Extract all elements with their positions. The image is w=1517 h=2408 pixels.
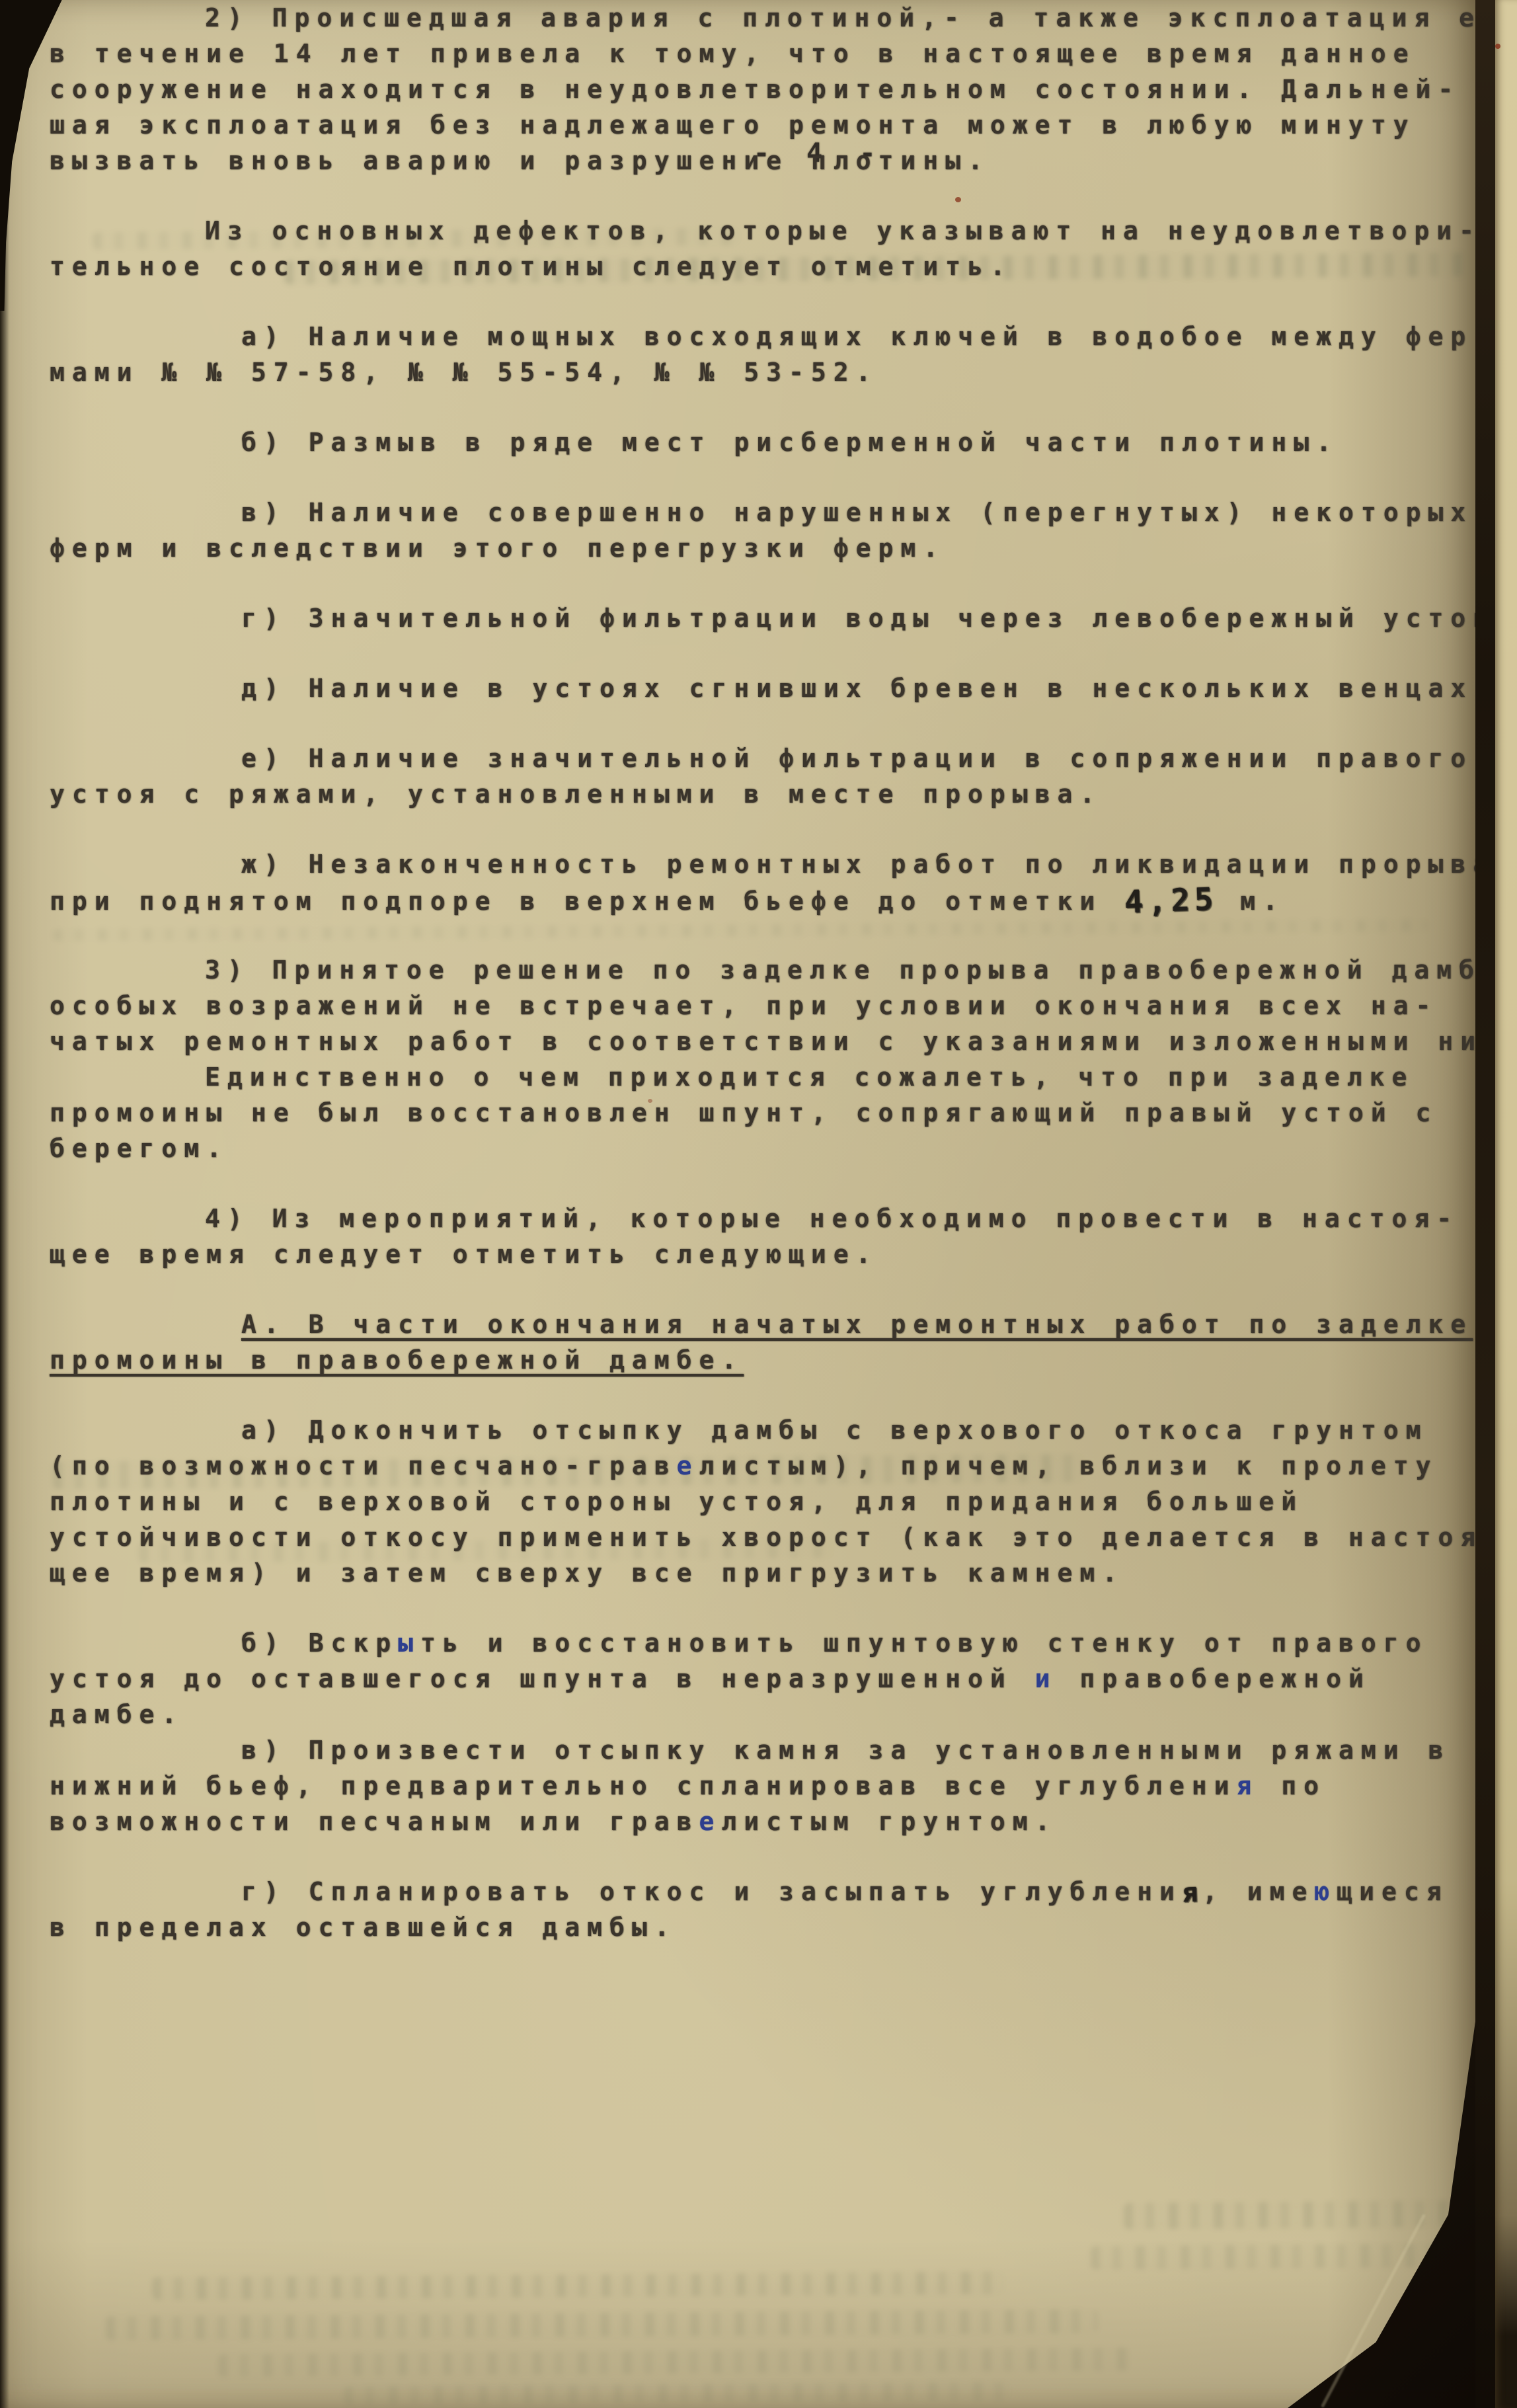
paper-speck xyxy=(955,197,961,202)
typewritten-segment: правобережной xyxy=(1058,1664,1371,1693)
typewritten-paragraph: д) Наличие в устоях сгнивших бревен в не… xyxy=(0,670,1475,706)
typewritten-segment: устоя с ряжами, установленными в месте п… xyxy=(50,780,1102,809)
text-line: Из основных дефектов, которые указывают … xyxy=(50,213,1475,249)
typewritten-segment: , име xyxy=(1202,1877,1314,1906)
typewritten-segment: нижний бьеф, предварительно спланировав … xyxy=(50,1771,1237,1800)
text-line: щее время следует отметить следующие. xyxy=(50,1236,1475,1272)
typewritten-segment: щее время) и затем сверху все пригрузить… xyxy=(50,1558,1124,1587)
text-line: а) Наличие мощных восходящих ключей в во… xyxy=(50,319,1475,354)
typewritten-segment: ть и восстановить шпунтовую стенку от пр… xyxy=(420,1628,1428,1658)
typewritten-segment: особых возражений не встречает, при усло… xyxy=(50,991,1438,1020)
text-line: д) Наличие в устоях сгнивших бревен в не… xyxy=(50,670,1475,706)
typewritten-segment: промоины не был восстановлен шпунт, сопр… xyxy=(50,1098,1438,1127)
typewritten-paragraph: 2) Происшедшая авария с плотиной,- а так… xyxy=(0,0,1475,179)
handwritten-correction: я xyxy=(1181,1874,1203,1911)
text-line: возможности песчаным или гравелистым гру… xyxy=(50,1804,1475,1839)
binding-gap xyxy=(1475,0,1495,2408)
typewritten-segment: а) Докончить отсыпку дамбы с верхового о… xyxy=(241,1416,1428,1445)
typewritten-segment: г) Значительной фильтрации воды через ле… xyxy=(241,604,1475,633)
typewritten-paragraph: Единственно о чем приходится сожалеть, ч… xyxy=(0,1059,1475,1166)
text-line: в) Наличие совершенно нарушенных (перегн… xyxy=(50,495,1475,530)
typewritten-segment: вызвать вновь аварию и разрушение плотин… xyxy=(50,146,990,175)
typewritten-segment: устойчивости откосу применить хворост (к… xyxy=(50,1523,1475,1552)
typewritten-segment: сооружение находится в неудовлетворитель… xyxy=(50,75,1460,104)
text-line: 4) Из мероприятий, которые необходимо пр… xyxy=(50,1201,1475,1236)
text-line: а) Докончить отсыпку дамбы с верхового о… xyxy=(50,1412,1475,1448)
typewritten-segment: при поднятом подпоре в верхнем бьефе до … xyxy=(50,887,1124,916)
handwritten-correction: я xyxy=(1237,1771,1259,1800)
typewritten-segment: щее время следует отметить следующие. xyxy=(50,1240,878,1269)
handwritten-correction: е xyxy=(677,1451,699,1480)
typewritten-segment: б) Размыв в ряде мест рисберменной части… xyxy=(241,428,1339,457)
text-line: промоины в правобережной дамбе. xyxy=(50,1342,1475,1378)
typewritten-paragraph: а) Наличие мощных восходящих ключей в во… xyxy=(0,319,1475,390)
typewritten-segment: по xyxy=(1259,1771,1326,1800)
text-line: в) Произвести отсыпку камня за установле… xyxy=(50,1732,1475,1768)
typewritten-paragraph: 3) Принятое решение по заделке прорыва п… xyxy=(0,952,1475,1059)
typewritten-segment: ж) Незаконченность ремонтных работ по ли… xyxy=(241,850,1475,879)
typewritten-segment: промоины в правобережной дамбе. xyxy=(50,1345,744,1375)
typewritten-paragraph: 4) Из мероприятий, которые необходимо пр… xyxy=(0,1201,1475,1272)
typewritten-paragraph: б) Размыв в ряде мест рисберменной части… xyxy=(0,424,1475,460)
typewritten-segment: Единственно о чем приходится сожалеть, ч… xyxy=(205,1063,1414,1092)
typewritten-segment: плотины и с верховой стороны устоя, для … xyxy=(50,1487,1303,1516)
paper-speck xyxy=(648,1099,652,1103)
typewritten-segment: берегом. xyxy=(50,1134,229,1163)
text-line: г) Значительной фильтрации воды через ле… xyxy=(50,600,1475,636)
text-line: щее время) и затем сверху все пригрузить… xyxy=(50,1555,1475,1591)
text-line: устоя до оставшегося шпунта в неразрушен… xyxy=(50,1661,1475,1697)
text-line: ж) Незаконченность ремонтных работ по ли… xyxy=(50,846,1475,882)
text-line: берегом. xyxy=(50,1131,1475,1166)
text-line: мами № № 57-58, № № 55-54, № № 53-52. xyxy=(50,354,1475,390)
typewritten-segment: 2) Происшедшая авария с плотиной,- а так… xyxy=(205,3,1475,32)
typewritten-paragraph: г) Значительной фильтрации воды через ле… xyxy=(0,600,1475,636)
text-line: б) Размыв в ряде мест рисберменной части… xyxy=(50,424,1475,460)
text-line: (по возможности песчано-гравелистым), пр… xyxy=(50,1448,1475,1484)
typewritten-segment: мами № № 57-58, № № 55-54, № № 53-52. xyxy=(50,358,878,387)
typewritten-segment: чатых ремонтных работ в соответствии с у… xyxy=(50,1027,1475,1056)
typewritten-segment: в) Наличие совершенно нарушенных (перегн… xyxy=(241,498,1473,527)
typewritten-paragraph: Из основных дефектов, которые указывают … xyxy=(0,213,1475,284)
typewritten-paragraph: г) Спланировать откос и засыпать углубле… xyxy=(0,1874,1475,1945)
text-line: устоя с ряжами, установленными в месте п… xyxy=(50,776,1475,812)
typewritten-paragraph: е) Наличие значительной фильтрации в соп… xyxy=(0,741,1475,812)
typewritten-segment: тельное состояние плотины следует отмети… xyxy=(50,252,1013,281)
typewritten-segment: м. xyxy=(1218,887,1285,916)
text-line: устойчивости откосу применить хворост (к… xyxy=(50,1519,1475,1555)
text-line: г) Спланировать откос и засыпать углубле… xyxy=(50,1874,1475,1909)
typewritten-segment: д) Наличие в устоях сгнивших бревен в не… xyxy=(241,674,1475,703)
typewritten-segment: ферм и вследствии этого перегрузки ферм. xyxy=(50,534,945,563)
text-line: чатых ремонтных работ в соответствии с у… xyxy=(50,1023,1475,1059)
typewritten-paragraph: ж) Незаконченность ремонтных работ по ли… xyxy=(0,846,1475,918)
text-line: вызвать вновь аварию и разрушение плотин… xyxy=(50,143,1475,179)
typewritten-segment: 4) Из мероприятий, которые необходимо пр… xyxy=(205,1204,1459,1233)
typewritten-segment: в) Произвести отсыпку камня за установле… xyxy=(241,1736,1450,1765)
typewritten-segment: устоя до оставшегося шпунта в неразрушен… xyxy=(50,1664,1035,1693)
text-line: в пределах оставшейся дамбы. xyxy=(50,1909,1475,1945)
typewritten-segment: б) Вскр xyxy=(241,1628,398,1658)
scan-edge-shadow xyxy=(0,0,9,2408)
text-line: А. В части окончания начатых ремонтных р… xyxy=(50,1306,1475,1342)
typewritten-segment: в течение 14 лет привела к тому, что в н… xyxy=(50,39,1416,68)
typewritten-segment: щиеся xyxy=(1337,1877,1448,1906)
text-line: шая эксплоатация без надлежащего ремонта… xyxy=(50,107,1475,143)
typewritten-segment: Из основных дефектов, которые указывают … xyxy=(205,216,1475,245)
text-line: плотины и с верховой стороны устоя, для … xyxy=(50,1484,1475,1519)
text-line: сооружение находится в неудовлетворитель… xyxy=(50,71,1475,107)
handwritten-correction: ю xyxy=(1314,1877,1337,1906)
text-line: Единственно о чем приходится сожалеть, ч… xyxy=(50,1059,1475,1095)
handwritten-correction: 4,25 xyxy=(1124,882,1218,921)
text-line: тельное состояние плотины следует отмети… xyxy=(50,249,1475,284)
next-page-edge xyxy=(1495,0,1517,2408)
typewritten-segment: возможности песчаным или грав xyxy=(50,1807,699,1836)
handwritten-correction: е xyxy=(699,1807,721,1836)
paper-speck xyxy=(1495,44,1500,49)
typewritten-segment: листым), причем, вблизи к пролету xyxy=(699,1451,1438,1480)
text-line: нижний бьеф, предварительно спланировав … xyxy=(50,1768,1475,1804)
typewritten-paragraph: в) Произвести отсыпку камня за установле… xyxy=(0,1732,1475,1839)
text-line: особых возражений не встречает, при усло… xyxy=(50,988,1475,1023)
document-page: - 4 - 2) Происшедшая авария с плотиной,-… xyxy=(0,0,1475,2408)
handwritten-correction: ы xyxy=(398,1628,420,1658)
typewritten-segment: г) Спланировать откос и засыпать углубле… xyxy=(241,1877,1182,1906)
typewritten-segment: в пределах оставшейся дамбы. xyxy=(50,1913,677,1942)
text-line: ферм и вследствии этого перегрузки ферм. xyxy=(50,530,1475,566)
text-line: в течение 14 лет привела к тому, что в н… xyxy=(50,36,1475,71)
typewritten-segment: дамбе. xyxy=(50,1700,184,1729)
typewritten-segment: листым грунтом. xyxy=(721,1807,1057,1836)
text-line: 2) Происшедшая авария с плотиной,- а так… xyxy=(50,0,1475,36)
typewritten-paragraph: а) Докончить отсыпку дамбы с верхового о… xyxy=(0,1412,1475,1591)
text-line: промоины не был восстановлен шпунт, сопр… xyxy=(50,1095,1475,1131)
text-line: 3) Принятое решение по заделке прорыва п… xyxy=(50,952,1475,988)
text-line: при поднятом подпоре в верхнем бьефе до … xyxy=(50,882,1475,918)
typewritten-paragraph: А. В части окончания начатых ремонтных р… xyxy=(0,1306,1475,1378)
handwritten-correction: и xyxy=(1035,1664,1058,1693)
scanned-document: - 4 - 2) Происшедшая авария с плотиной,-… xyxy=(0,0,1517,2408)
typewritten-segment: 3) Принятое решение по заделке прорыва п… xyxy=(205,955,1475,984)
typewritten-segment: А. В части окончания начатых ремонтных р… xyxy=(241,1310,1473,1339)
text-line: дамбе. xyxy=(50,1697,1475,1732)
text-line: е) Наличие значительной фильтрации в соп… xyxy=(50,741,1475,776)
typewritten-segment: (по возможности песчано-грав xyxy=(50,1451,677,1480)
typewritten-segment: е) Наличие значительной фильтрации в соп… xyxy=(241,744,1473,773)
typewritten-paragraph: в) Наличие совершенно нарушенных (перегн… xyxy=(0,495,1475,566)
typewritten-text: 2) Происшедшая авария с плотиной,- а так… xyxy=(0,0,1475,2408)
typewritten-paragraph: б) Вскрыть и восстановить шпунтовую стен… xyxy=(0,1625,1475,1732)
typewritten-segment: а) Наличие мощных восходящих ключей в во… xyxy=(241,322,1475,351)
text-line: б) Вскрыть и восстановить шпунтовую стен… xyxy=(50,1625,1475,1661)
typewritten-segment: шая эксплоатация без надлежащего ремонта… xyxy=(50,110,1416,140)
